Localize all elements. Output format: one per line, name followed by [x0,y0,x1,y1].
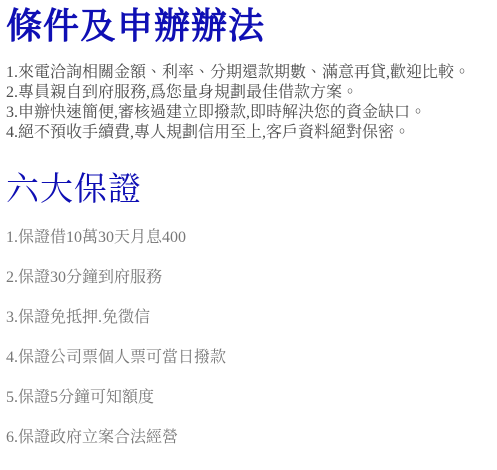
conditions-line: 2.專員親自到府服務,爲您量身規劃最佳借款方案。 [6,83,491,103]
guarantee-item: 2.保證30分鐘到府服務 [6,268,491,288]
guarantee-item: 5.保證5分鐘可知額度 [6,388,491,408]
guarantees-section-heading: 六大保證 [6,171,491,209]
conditions-line: 4.絕不預收手續費,專人規劃信用至上,客戶資料絕對保密。 [6,123,491,143]
guarantee-item: 1.保證借10萬30天月息400 [6,228,491,248]
conditions-line: 1.來電洽詢相關金額、利率、分期還款期數、滿意再貸,歡迎比較。 [6,63,491,83]
conditions-line: 3.申辦快速簡便,審核過建立即撥款,即時解決您的資金缺口。 [6,103,491,123]
conditions-section-heading: 條件及申辦辦法 [6,6,491,46]
guarantee-item: 3.保證免抵押.免徵信 [6,308,491,328]
guarantee-item: 6.保證政府立案合法經營 [6,428,491,448]
guarantee-list: 1.保證借10萬30天月息400 2.保證30分鐘到府服務 3.保證免抵押.免徵… [6,228,491,448]
page: 條件及申辦辦法 1.來電洽詢相關金額、利率、分期還款期數、滿意再貸,歡迎比較。 … [0,0,497,448]
guarantee-item: 4.保證公司票個人票可當日撥款 [6,348,491,368]
conditions-list: 1.來電洽詢相關金額、利率、分期還款期數、滿意再貸,歡迎比較。 2.專員親自到府… [6,63,491,143]
